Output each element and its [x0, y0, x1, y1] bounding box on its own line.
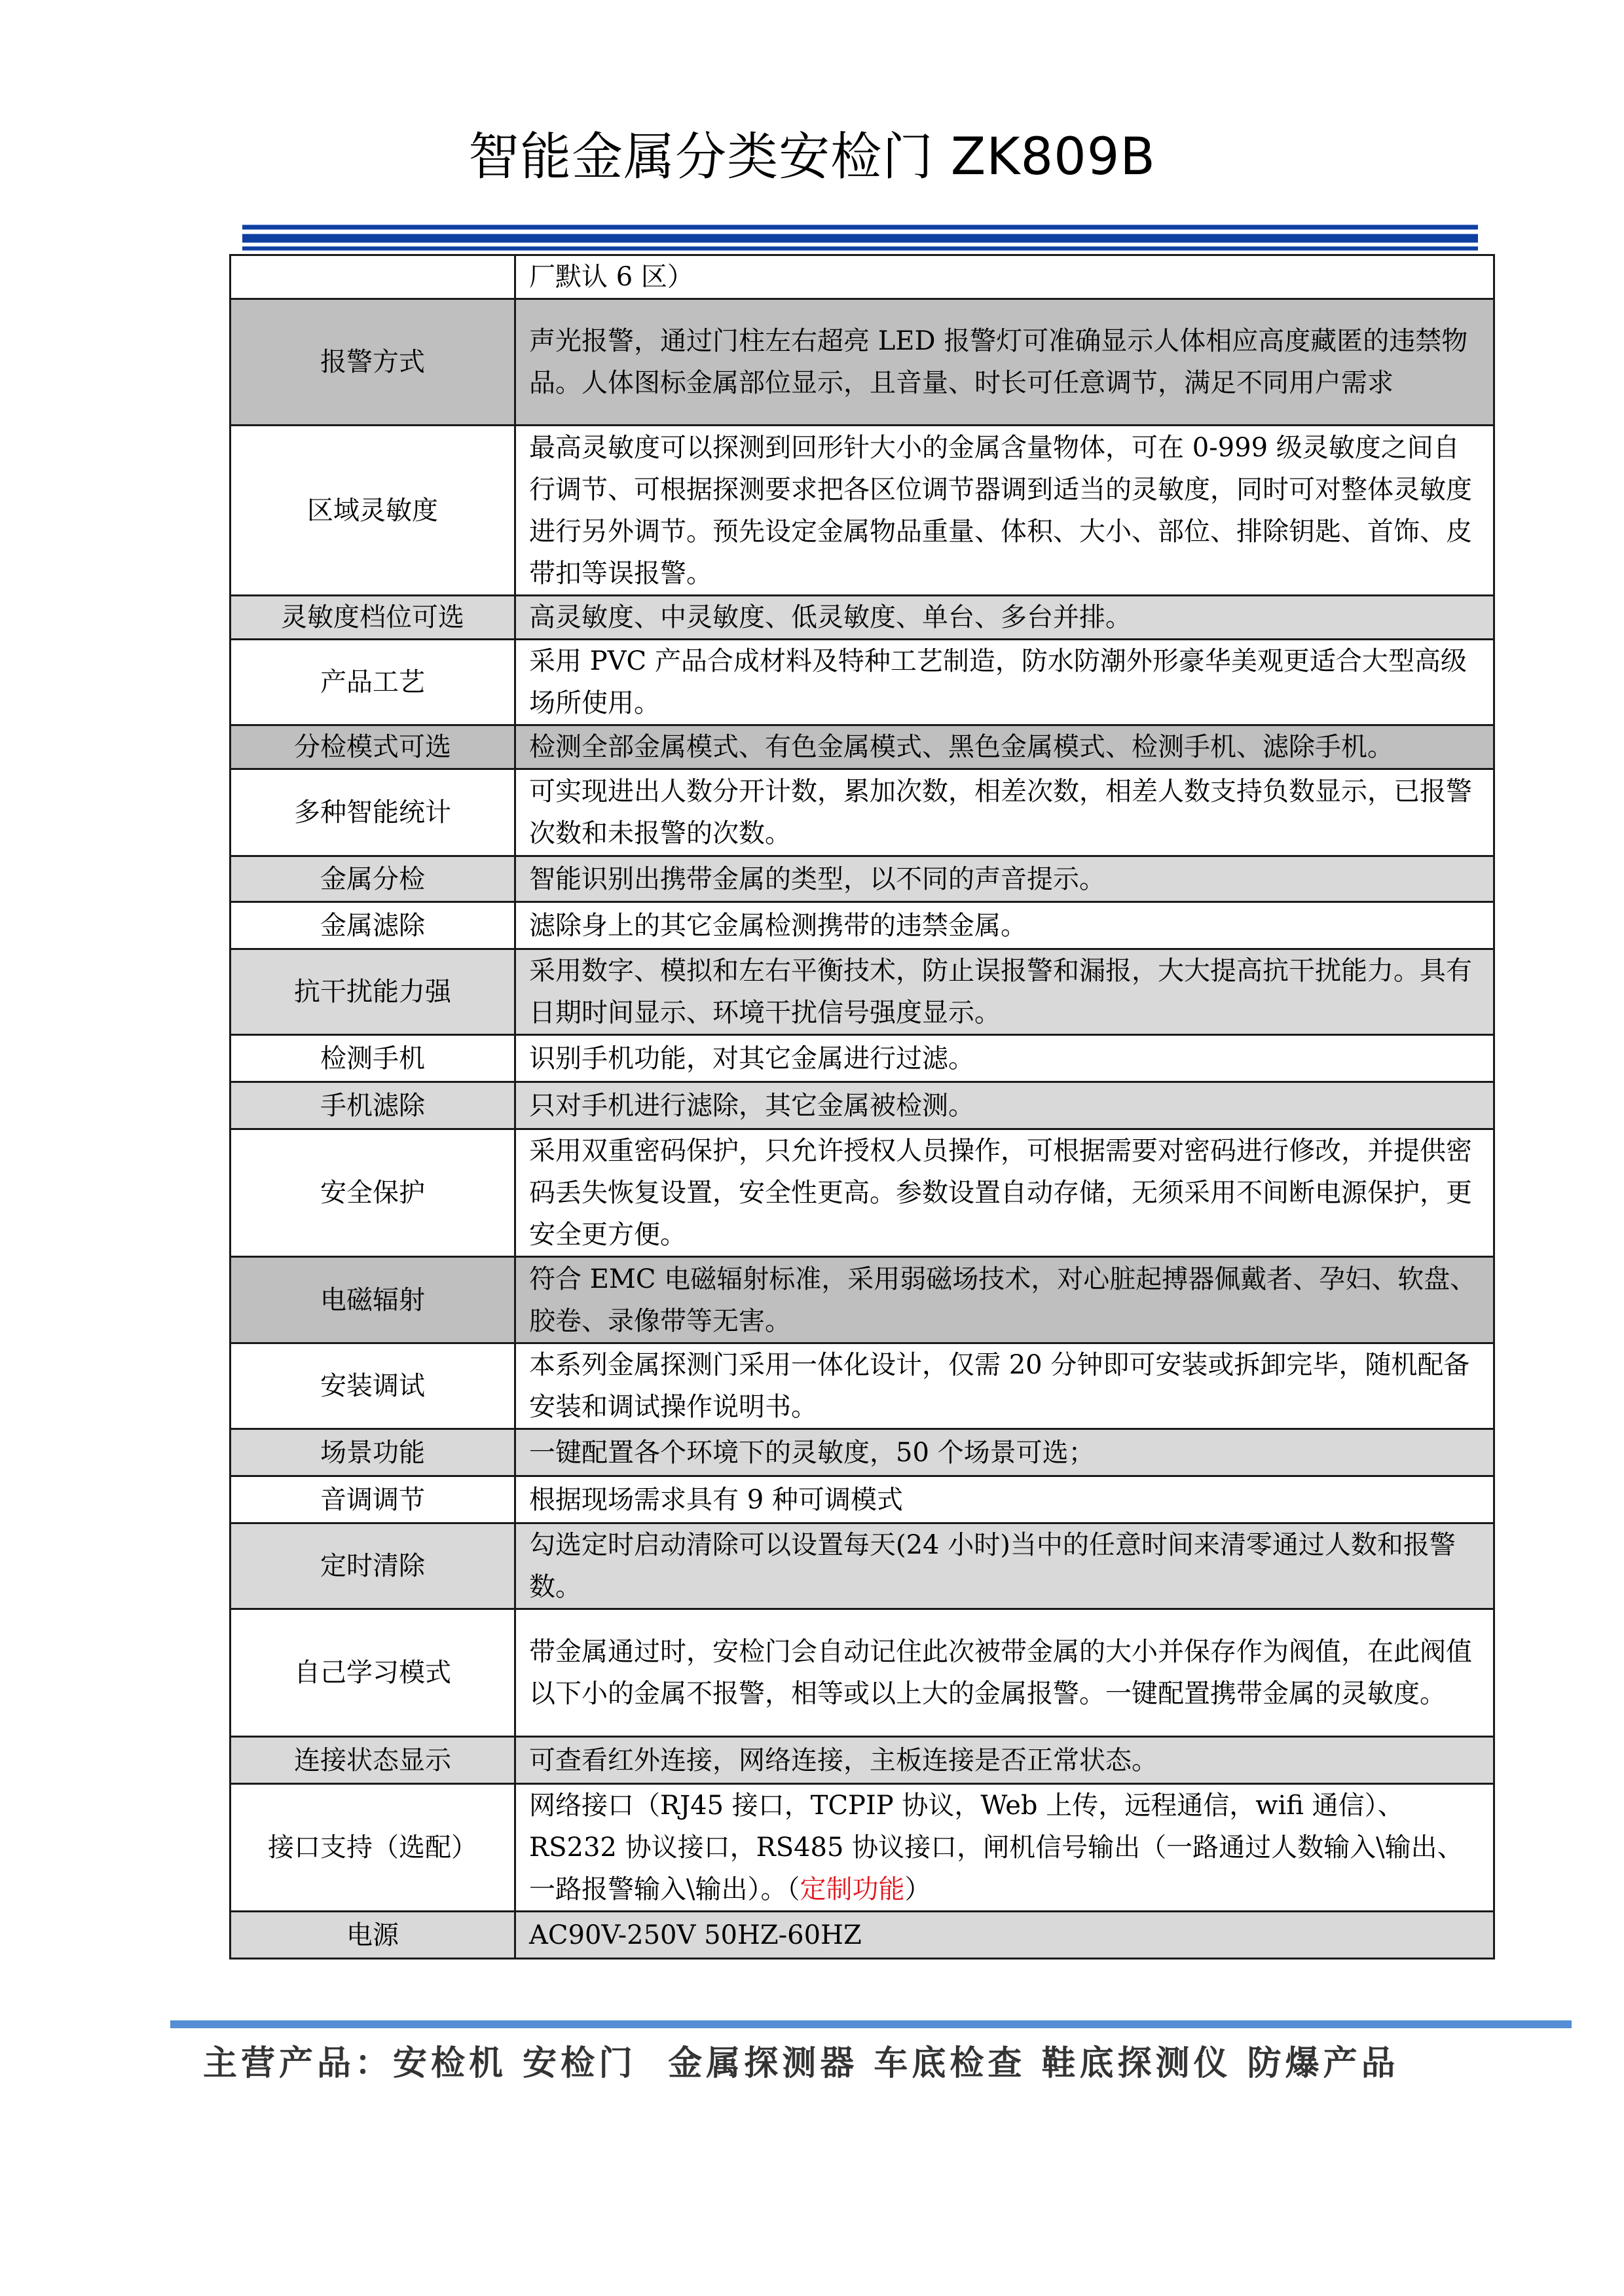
footer-divider-bar — [170, 2020, 1572, 2028]
spec-label — [231, 255, 515, 299]
spec-label: 安全保护 — [231, 1129, 515, 1257]
spec-value-text: 网络接口（RJ45 接口，TCPIP 协议，Web 上传，远程通信，wifi 通… — [529, 1791, 1464, 1904]
spec-value: 网络接口（RJ45 接口，TCPIP 协议，Web 上传，远程通信，wifi 通… — [515, 1784, 1494, 1912]
table-row: 分检模式可选检测全部金属模式、有色金属模式、黑色金属模式、检测手机、滤除手机。 — [231, 725, 1494, 769]
spec-label: 报警方式 — [231, 299, 515, 426]
spec-label: 自己学习模式 — [231, 1609, 515, 1737]
page-title: 智能金属分类安检门 ZK809B — [0, 124, 1624, 190]
spec-value: 高灵敏度、中灵敏度、低灵敏度、单台、多台并排。 — [515, 596, 1494, 640]
spec-value: 识别手机功能，对其它金属进行过滤。 — [515, 1035, 1494, 1082]
table-row: 金属滤除滤除身上的其它金属检测携带的违禁金属。 — [231, 902, 1494, 949]
spec-value: 可实现进出人数分开计数，累加次数，相差次数，相差人数支持负数显示，已报警次数和未… — [515, 769, 1494, 856]
footer-products: 主营产品：安检机 安检门 金属探测器 车底检查 鞋底探测仪 防爆产品 — [203, 2037, 1399, 2090]
spec-value: 可查看红外连接，网络连接，主板连接是否正常状态。 — [515, 1737, 1494, 1784]
spec-label: 电磁辐射 — [231, 1257, 515, 1343]
table-row: 电源AC90V-250V 50HZ-60HZ — [231, 1912, 1494, 1959]
table-row: 场景功能一键配置各个环境下的灵敏度，50 个场景可选； — [231, 1429, 1494, 1476]
table-row: 接口支持（选配）网络接口（RJ45 接口，TCPIP 协议，Web 上传，远程通… — [231, 1784, 1494, 1912]
spec-value: 采用双重密码保护，只允许授权人员操作，可根据需要对密码进行修改，并提供密码丢失恢… — [515, 1129, 1494, 1257]
table-row: 手机滤除只对手机进行滤除，其它金属被检测。 — [231, 1082, 1494, 1129]
table-row: 安全保护采用双重密码保护，只允许授权人员操作，可根据需要对密码进行修改，并提供密… — [231, 1129, 1494, 1257]
spec-label: 分检模式可选 — [231, 725, 515, 769]
table-row: 灵敏度档位可选高灵敏度、中灵敏度、低灵敏度、单台、多台并排。 — [231, 596, 1494, 640]
table-row: 定时清除勾选定时启动清除可以设置每天(24 小时)当中的任意时间来清零通过人数和… — [231, 1523, 1494, 1609]
table-row: 安装调试本系列金属探测门采用一体化设计，仅需 20 分钟即可安装或拆卸完毕，随机… — [231, 1343, 1494, 1429]
spec-label: 产品工艺 — [231, 640, 515, 725]
table-row: 音调调节根据现场需求具有 9 种可调模式 — [231, 1476, 1494, 1523]
table-row: 抗干扰能力强采用数字、模拟和左右平衡技术，防止误报警和漏报，大大提高抗干扰能力。… — [231, 949, 1494, 1035]
spec-value: 根据现场需求具有 9 种可调模式 — [515, 1476, 1494, 1523]
spec-value: 采用 PVC 产品合成材料及特种工艺制造，防水防潮外形豪华美观更适合大型高级场所… — [515, 640, 1494, 725]
spec-label: 接口支持（选配） — [231, 1784, 515, 1912]
spec-value: 一键配置各个环境下的灵敏度，50 个场景可选； — [515, 1429, 1494, 1476]
spec-value: 勾选定时启动清除可以设置每天(24 小时)当中的任意时间来清零通过人数和报警数。 — [515, 1523, 1494, 1609]
table-row: 连接状态显示可查看红外连接，网络连接，主板连接是否正常状态。 — [231, 1737, 1494, 1784]
spec-value: 声光报警，通过门柱左右超亮 LED 报警灯可准确显示人体相应高度藏匿的违禁物品。… — [515, 299, 1494, 426]
spec-table-body: 厂默认 6 区）报警方式声光报警，通过门柱左右超亮 LED 报警灯可准确显示人体… — [231, 255, 1494, 1959]
spec-label: 区域灵敏度 — [231, 426, 515, 596]
spec-label: 连接状态显示 — [231, 1737, 515, 1784]
spec-value: 本系列金属探测门采用一体化设计，仅需 20 分钟即可安装或拆卸完毕，随机配备安装… — [515, 1343, 1494, 1429]
spec-value: AC90V-250V 50HZ-60HZ — [515, 1912, 1494, 1959]
spec-value: 带金属通过时，安检门会自动记住此次被带金属的大小并保存作为阀值，在此阀值以下小的… — [515, 1609, 1494, 1737]
spec-label: 场景功能 — [231, 1429, 515, 1476]
spec-label: 定时清除 — [231, 1523, 515, 1609]
spec-label: 音调调节 — [231, 1476, 515, 1523]
spec-label: 灵敏度档位可选 — [231, 596, 515, 640]
spec-label: 检测手机 — [231, 1035, 515, 1082]
spec-value: 采用数字、模拟和左右平衡技术，防止误报警和漏报，大大提高抗干扰能力。具有日期时间… — [515, 949, 1494, 1035]
spec-value: 智能识别出携带金属的类型，以不同的声音提示。 — [515, 856, 1494, 902]
spec-label: 金属滤除 — [231, 902, 515, 949]
divider-bar-thin-bottom — [242, 246, 1478, 251]
spec-label: 金属分检 — [231, 856, 515, 902]
spec-value: 最高灵敏度可以探测到回形针大小的金属含量物体，可在 0-999 级灵敏度之间自行… — [515, 426, 1494, 596]
table-row: 多种智能统计可实现进出人数分开计数，累加次数，相差次数，相差人数支持负数显示，已… — [231, 769, 1494, 856]
spec-label: 手机滤除 — [231, 1082, 515, 1129]
table-row: 报警方式声光报警，通过门柱左右超亮 LED 报警灯可准确显示人体相应高度藏匿的违… — [231, 299, 1494, 426]
spec-value: 厂默认 6 区） — [515, 255, 1494, 299]
table-row: 区域灵敏度最高灵敏度可以探测到回形针大小的金属含量物体，可在 0-999 级灵敏… — [231, 426, 1494, 596]
spec-value-suffix: ） — [904, 1874, 931, 1904]
table-row: 检测手机识别手机功能，对其它金属进行过滤。 — [231, 1035, 1494, 1082]
spec-value: 符合 EMC 电磁辐射标准，采用弱磁场技术，对心脏起搏器佩戴者、孕妇、软盘、胶卷… — [515, 1257, 1494, 1343]
table-row: 产品工艺采用 PVC 产品合成材料及特种工艺制造，防水防潮外形豪华美观更适合大型… — [231, 640, 1494, 725]
table-row: 金属分检智能识别出携带金属的类型，以不同的声音提示。 — [231, 856, 1494, 902]
table-row: 厂默认 6 区） — [231, 255, 1494, 299]
spec-label: 电源 — [231, 1912, 515, 1959]
table-row: 自己学习模式带金属通过时，安检门会自动记住此次被带金属的大小并保存作为阀值，在此… — [231, 1609, 1494, 1737]
spec-value: 滤除身上的其它金属检测携带的违禁金属。 — [515, 902, 1494, 949]
custom-feature-highlight: 定制功能 — [800, 1874, 904, 1904]
spec-value: 检测全部金属模式、有色金属模式、黑色金属模式、检测手机、滤除手机。 — [515, 725, 1494, 769]
divider-bar-thin-top — [242, 225, 1478, 230]
spec-table: 厂默认 6 区）报警方式声光报警，通过门柱左右超亮 LED 报警灯可准确显示人体… — [229, 254, 1495, 1959]
spec-label: 安装调试 — [231, 1343, 515, 1429]
spec-label: 多种智能统计 — [231, 769, 515, 856]
spec-value: 只对手机进行滤除，其它金属被检测。 — [515, 1082, 1494, 1129]
divider-bar-thick — [242, 234, 1478, 243]
table-row: 电磁辐射符合 EMC 电磁辐射标准，采用弱磁场技术，对心脏起搏器佩戴者、孕妇、软… — [231, 1257, 1494, 1343]
header-divider-bars — [242, 225, 1478, 251]
spec-label: 抗干扰能力强 — [231, 949, 515, 1035]
